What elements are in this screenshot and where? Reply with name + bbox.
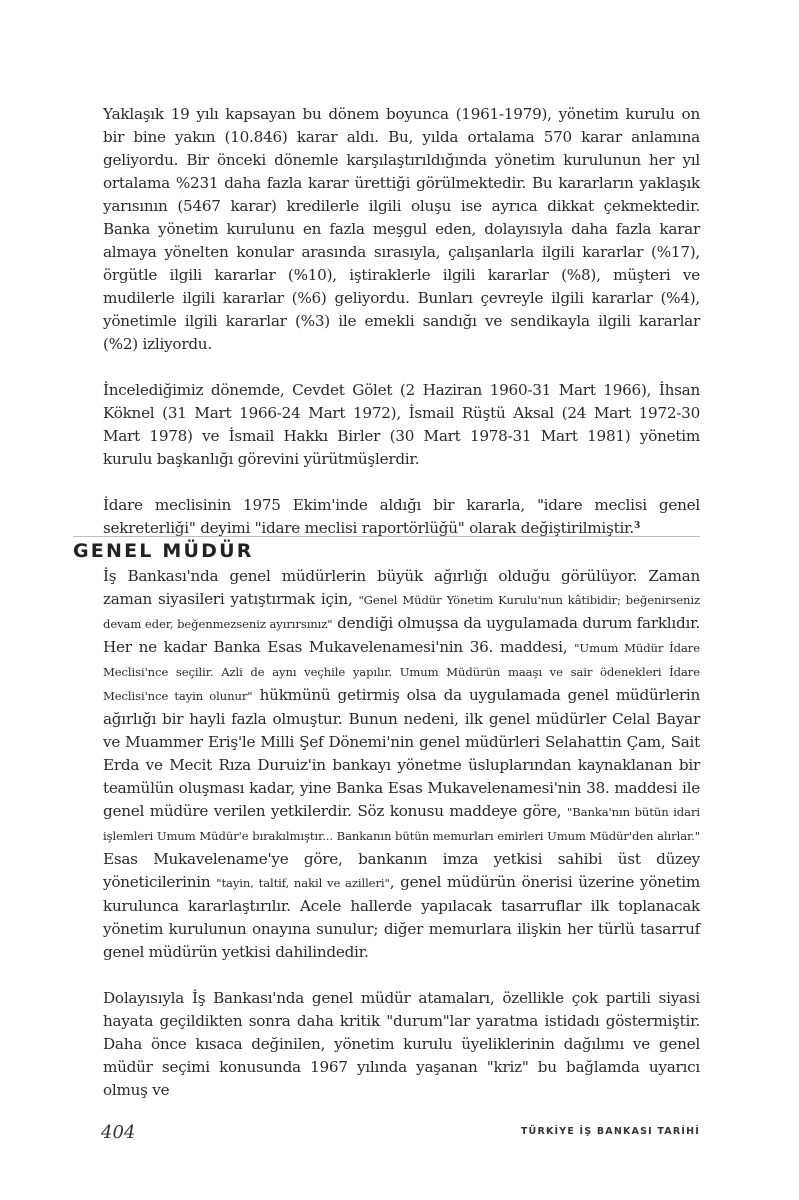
book-page: Yaklaşık 19 yılı kapsayan bu dönem boyun… [0, 0, 799, 1200]
section-heading-genel-mudur: GENEL MÜDÜR [73, 539, 254, 563]
genel-mudur-text-block: İş Bankası'nda genel müdürlerin büyük ağ… [103, 565, 700, 1102]
quote-appointments: "tayin, taltif, nakil ve azilleri" [216, 876, 390, 890]
paragraph-general-manager-authority: İş Bankası'nda genel müdürlerin büyük ağ… [103, 565, 700, 964]
paragraph-text: İdare meclisinin 1975 Ekim'inde aldığı b… [103, 496, 700, 537]
running-title: TÜRKİYE İŞ BANKASI TARİHİ [521, 1126, 700, 1137]
paragraph-board-chairmen: İncelediğimiz dönemde, Cevdet Gölet (2 H… [103, 379, 700, 471]
intro-text-block: Yaklaşık 19 yılı kapsayan bu dönem boyun… [103, 103, 700, 540]
text-run: hükmünü getirmiş olsa da uygulamada gene… [103, 686, 700, 820]
paragraph-appointments-crisis: Dolayısıyla İş Bankası'nda genel müdür a… [103, 987, 700, 1102]
footnote-reference[interactable]: 3 [634, 521, 640, 531]
paragraph-secretariat-renaming: İdare meclisinin 1975 Ekim'inde aldığı b… [103, 494, 700, 540]
section-divider [73, 536, 700, 537]
page-number: 404 [101, 1122, 135, 1143]
paragraph-decisions-statistics: Yaklaşık 19 yılı kapsayan bu dönem boyun… [103, 103, 700, 356]
